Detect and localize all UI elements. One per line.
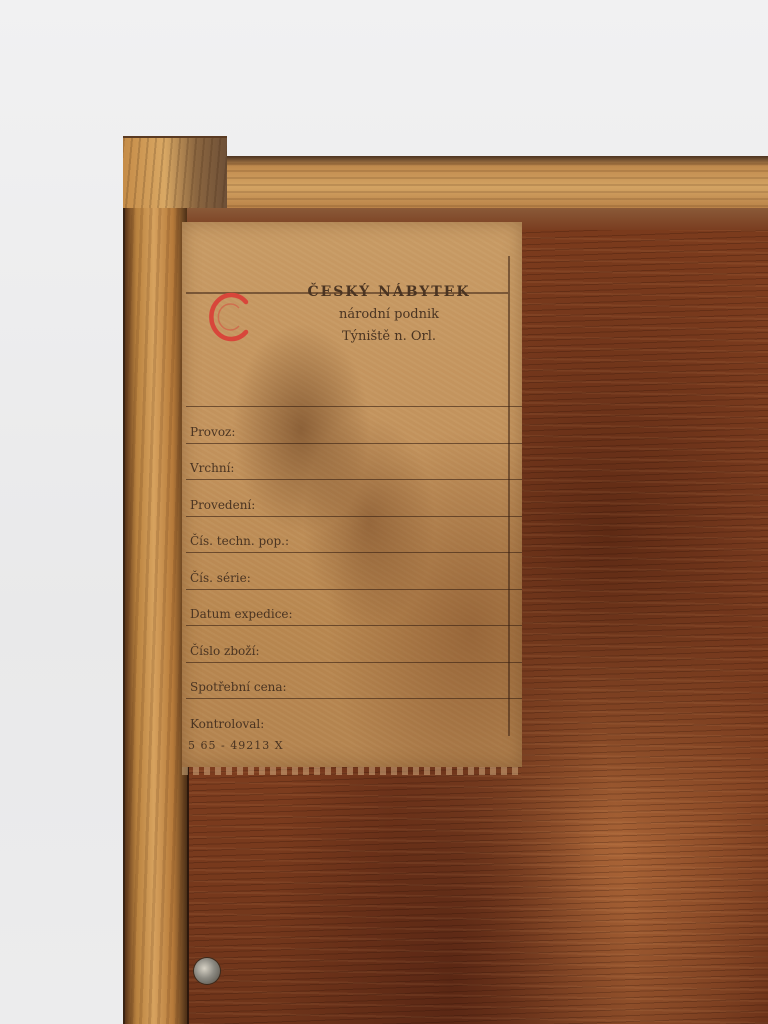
label-field: Vrchní: bbox=[186, 443, 522, 480]
label-field: Spotřební cena: bbox=[186, 662, 522, 699]
screw-head-icon bbox=[194, 958, 220, 984]
label-field: Datum expedice: bbox=[186, 589, 522, 626]
red-stamp-icon bbox=[206, 288, 256, 344]
label-header: ČESKÝ NÁBYTEK národní podnik Týniště n. … bbox=[274, 284, 504, 344]
photo-scene: ČESKÝ NÁBYTEK národní podnik Týniště n. … bbox=[0, 0, 768, 1024]
label-field: Provedení: bbox=[186, 479, 522, 516]
field-label: Čís. série: bbox=[190, 571, 251, 585]
company-type: národní podnik bbox=[274, 307, 504, 322]
label-field: Provoz: bbox=[186, 406, 522, 443]
field-label: Provedení: bbox=[190, 498, 255, 512]
location: Týniště n. Orl. bbox=[274, 329, 504, 344]
label-field: Čís. série: bbox=[186, 552, 522, 589]
brand-name: ČESKÝ NÁBYTEK bbox=[274, 284, 504, 300]
serial-number: 5 65 - 49213 X bbox=[188, 739, 284, 752]
field-label: Číslo zboží: bbox=[190, 644, 260, 658]
corner-joint bbox=[123, 136, 227, 208]
label-torn-edge bbox=[182, 767, 522, 775]
left-frame-stile bbox=[123, 136, 189, 1024]
label-field: Čís. techn. pop.: bbox=[186, 516, 522, 553]
label-field: Kontroloval: bbox=[186, 698, 522, 735]
label-field: Číslo zboží: bbox=[186, 625, 522, 662]
field-label: Provoz: bbox=[190, 425, 235, 439]
label-field-list: Provoz: Vrchní: Provedení: Čís. techn. p… bbox=[186, 406, 522, 735]
field-label: Kontroloval: bbox=[190, 717, 264, 731]
manufacturer-label: ČESKÝ NÁBYTEK národní podnik Týniště n. … bbox=[182, 222, 522, 767]
top-frame-rail bbox=[226, 156, 768, 211]
field-label: Datum expedice: bbox=[190, 607, 293, 621]
field-label: Vrchní: bbox=[190, 461, 234, 475]
field-label: Spotřební cena: bbox=[190, 680, 287, 694]
field-label: Čís. techn. pop.: bbox=[190, 534, 289, 548]
